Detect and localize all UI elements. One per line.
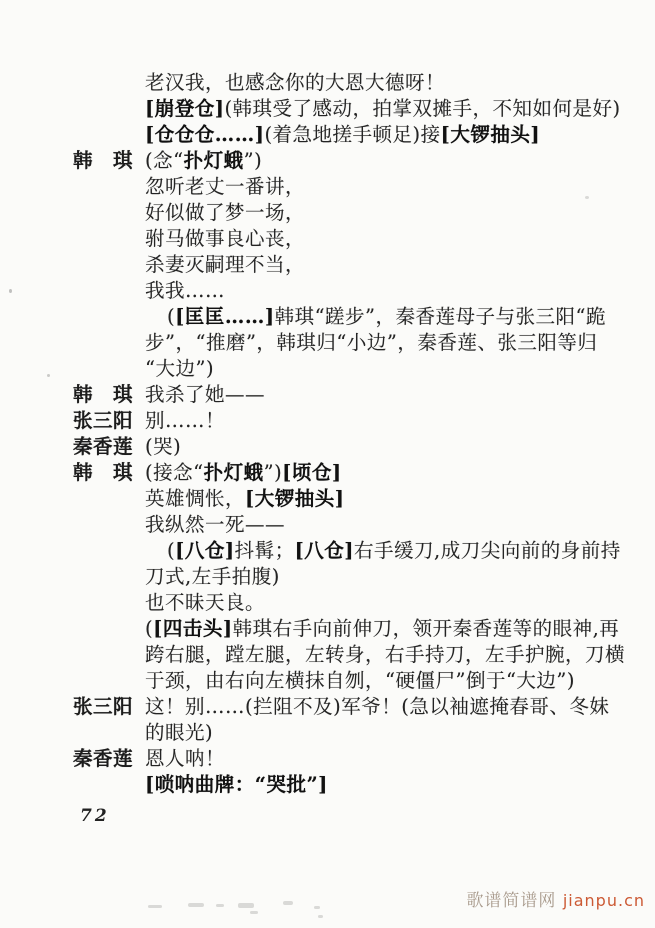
script-line: 杀妻灭嗣理不当， [0, 252, 655, 278]
script-line: 英雄惆怅，[大锣抽头] [0, 486, 655, 512]
line-text: “大边”) [145, 357, 214, 380]
percussion-notation: 扑灯蛾 [184, 149, 244, 172]
line-segment: 老汉我，也感念你的大恩大德呀！ [145, 71, 445, 94]
script-line: 忽听老丈一番讲， [0, 174, 655, 200]
script-line: [仓仓仓……](着急地搓手顿足)接[大锣抽头] [0, 122, 655, 148]
line-segment: 我纵然一死—— [145, 513, 285, 536]
line-text: 的眼光) [145, 721, 213, 744]
percussion-notation: [八仓] [295, 539, 354, 562]
script-line: [唢呐曲牌：“哭批”] [0, 772, 655, 798]
line-text: [仓仓仓……](着急地搓手顿足)接[大锣抽头] [145, 123, 540, 146]
scan-speck [216, 904, 224, 907]
line-segment: 我杀了她—— [145, 383, 265, 406]
script-line: 跨右腿，蹚左腿，左转身，右手持刀，左手护腕，刀横 [0, 642, 655, 668]
line-text: 驸马做事良心丧， [145, 227, 305, 250]
line-text: [唢呐曲牌：“哭批”] [145, 773, 328, 796]
scanned-script-page: 老汉我，也感念你的大恩大德呀！[崩登仓](韩琪受了感动，拍掌双摊手，不知如何是好… [0, 0, 655, 928]
speaker-name: 秦香莲 [73, 434, 141, 460]
script-line: 于颈，由右向左横抹自刎，“硬僵尸”倒于“大边”) [0, 668, 655, 694]
line-segment: ( [167, 539, 175, 562]
script-line: 的眼光) [0, 720, 655, 746]
line-segment: (哭) [145, 435, 181, 458]
line-text: [崩登仓](韩琪受了感动，拍掌双摊手，不知如何是好) [145, 97, 621, 120]
line-text: ([匡匡……]韩琪“蹉步”，秦香莲母子与张三阳“跪 [167, 305, 606, 328]
line-text: 忽听老丈一番讲， [145, 175, 305, 198]
script-line: 好似做了梦一场， [0, 200, 655, 226]
line-segment: 跨右腿，蹚左腿，左转身，右手持刀，左手护腕，刀横 [145, 643, 625, 666]
script-line: 张三阳这！别……(拦阻不及)军爷！(急以袖遮掩春哥、冬妹 [0, 694, 655, 720]
scan-speck [47, 374, 50, 377]
line-text: 刀式,左手拍腹) [145, 565, 280, 588]
line-text: ([八仓]抖髯；[八仓]右手缓刀,成刀尖向前的身前持 [167, 539, 621, 562]
line-text: 好似做了梦一场， [145, 201, 305, 224]
speaker-name: 张三阳 [73, 694, 141, 720]
line-segment: 驸马做事良心丧， [145, 227, 305, 250]
percussion-notation: [顷仓] [282, 461, 341, 484]
line-segment: 于颈，由右向左横抹自刎，“硬僵尸”倒于“大边”) [145, 669, 575, 692]
line-segment: 抖髯； [235, 539, 295, 562]
scan-speck [148, 905, 162, 908]
script-lines: 老汉我，也感念你的大恩大德呀！[崩登仓](韩琪受了感动，拍掌双摊手，不知如何是好… [0, 70, 655, 798]
speaker-name: 韩 琪 [73, 148, 141, 174]
scan-speck [283, 901, 293, 905]
script-line: 韩 琪(接念“扑灯蛾”)[顷仓] [0, 460, 655, 486]
speaker-name: 韩 琪 [73, 382, 141, 408]
script-line: 韩 琪我杀了她—— [0, 382, 655, 408]
line-segment: 我我…… [145, 279, 225, 302]
script-line: 秦香莲恩人呐！ [0, 746, 655, 772]
scan-speck [318, 915, 323, 918]
percussion-notation: [大锣抽头] [245, 487, 344, 510]
script-line: 刀式,左手拍腹) [0, 564, 655, 590]
percussion-notation: [四击头] [153, 617, 232, 640]
scan-speck [9, 289, 12, 293]
page-number: 72 [80, 806, 110, 826]
line-segment: ( [145, 617, 153, 640]
line-text: 我我…… [145, 279, 225, 302]
speaker-name: 秦香莲 [73, 746, 141, 772]
speaker-name: 韩 琪 [73, 460, 141, 486]
line-segment: 也不昧天良。 [145, 591, 265, 614]
scan-speck [238, 903, 254, 908]
line-text: ([四击头]韩琪右手向前伸刀，领开秦香莲等的眼神,再 [145, 617, 619, 640]
line-text: 这！别……(拦阻不及)军爷！(急以袖遮掩春哥、冬妹 [145, 695, 609, 718]
scan-speck [250, 911, 258, 914]
percussion-notation: [唢呐曲牌：“哭批”] [145, 773, 328, 796]
line-segment: 的眼光) [145, 721, 213, 744]
scan-speck [188, 903, 204, 907]
watermark-site-name: 歌谱简谱网 [466, 891, 556, 911]
script-line: 也不昧天良。 [0, 590, 655, 616]
percussion-notation: [崩登仓] [145, 97, 224, 120]
line-segment: (韩琪受了感动，拍掌双摊手，不知如何是好) [224, 97, 620, 120]
line-segment: “大边”) [145, 357, 214, 380]
script-line: 驸马做事良心丧， [0, 226, 655, 252]
script-line: 我纵然一死—— [0, 512, 655, 538]
line-text: (哭) [145, 435, 181, 458]
line-text: 别……！ [145, 409, 225, 432]
script-line: [崩登仓](韩琪受了感动，拍掌双摊手，不知如何是好) [0, 96, 655, 122]
watermark: 歌谱简谱网 jianpu.cn [466, 886, 645, 911]
script-line: 我我…… [0, 278, 655, 304]
line-text: 我纵然一死—— [145, 513, 285, 536]
line-segment: 英雄惆怅， [145, 487, 245, 510]
script-line: 秦香莲(哭) [0, 434, 655, 460]
scan-speck [314, 906, 320, 909]
script-line: ([八仓]抖髯；[八仓]右手缓刀,成刀尖向前的身前持 [0, 538, 655, 564]
percussion-notation: [仓仓仓……] [145, 123, 264, 146]
percussion-notation: [匡匡……] [175, 305, 274, 328]
line-segment: 好似做了梦一场， [145, 201, 305, 224]
line-segment: 这！别……(拦阻不及)军爷！(急以袖遮掩春哥、冬妹 [145, 695, 609, 718]
line-segment: ”) [244, 149, 263, 172]
script-line: “大边”) [0, 356, 655, 382]
line-segment: 杀妻灭嗣理不当， [145, 253, 305, 276]
scan-speck [585, 196, 589, 199]
line-segment: (念“ [145, 149, 184, 172]
line-segment: 恩人呐！ [145, 747, 225, 770]
line-text: 跨右腿，蹚左腿，左转身，右手持刀，左手护腕，刀横 [145, 643, 625, 666]
speaker-name: 张三阳 [73, 408, 141, 434]
line-text: 恩人呐！ [145, 747, 225, 770]
percussion-notation: [大锣抽头] [441, 123, 540, 146]
line-text: (念“扑灯蛾”) [145, 149, 262, 172]
line-text: (接念“扑灯蛾”)[顷仓] [145, 461, 342, 484]
percussion-notation: [八仓] [175, 539, 234, 562]
script-line: 步”，“推磨”，韩琪归“小边”，秦香莲、张三阳等归 [0, 330, 655, 356]
line-text: 于颈，由右向左横抹自刎，“硬僵尸”倒于“大边”) [145, 669, 575, 692]
line-segment: (接念“ [145, 461, 204, 484]
line-segment: 韩琪“蹉步”，秦香莲母子与张三阳“跪 [275, 305, 606, 328]
line-segment: ( [167, 305, 175, 328]
line-segment: 忽听老丈一番讲， [145, 175, 305, 198]
script-line: 老汉我，也感念你的大恩大德呀！ [0, 70, 655, 96]
line-segment: 韩琪右手向前伸刀，领开秦香莲等的眼神,再 [233, 617, 620, 640]
line-text: 老汉我，也感念你的大恩大德呀！ [145, 71, 445, 94]
line-segment: 刀式,左手拍腹) [145, 565, 280, 588]
script-line: ([四击头]韩琪右手向前伸刀，领开秦香莲等的眼神,再 [0, 616, 655, 642]
line-text: 英雄惆怅，[大锣抽头] [145, 487, 344, 510]
script-line: 张三阳别……！ [0, 408, 655, 434]
script-line: ([匡匡……]韩琪“蹉步”，秦香莲母子与张三阳“跪 [0, 304, 655, 330]
line-segment: 别……！ [145, 409, 225, 432]
line-segment: ”) [264, 461, 283, 484]
percussion-notation: 扑灯蛾 [204, 461, 264, 484]
line-text: 也不昧天良。 [145, 591, 265, 614]
watermark-site-url: jianpu.cn [563, 891, 645, 910]
line-segment: 右手缓刀,成刀尖向前的身前持 [354, 539, 621, 562]
line-text: 杀妻灭嗣理不当， [145, 253, 305, 276]
line-segment: 步”，“推磨”，韩琪归“小边”，秦香莲、张三阳等归 [145, 331, 597, 354]
line-text: 我杀了她—— [145, 383, 265, 406]
line-segment: (着急地搓手顿足)接 [264, 123, 440, 146]
script-line: 韩 琪(念“扑灯蛾”) [0, 148, 655, 174]
line-text: 步”，“推磨”，韩琪归“小边”，秦香莲、张三阳等归 [145, 331, 597, 354]
